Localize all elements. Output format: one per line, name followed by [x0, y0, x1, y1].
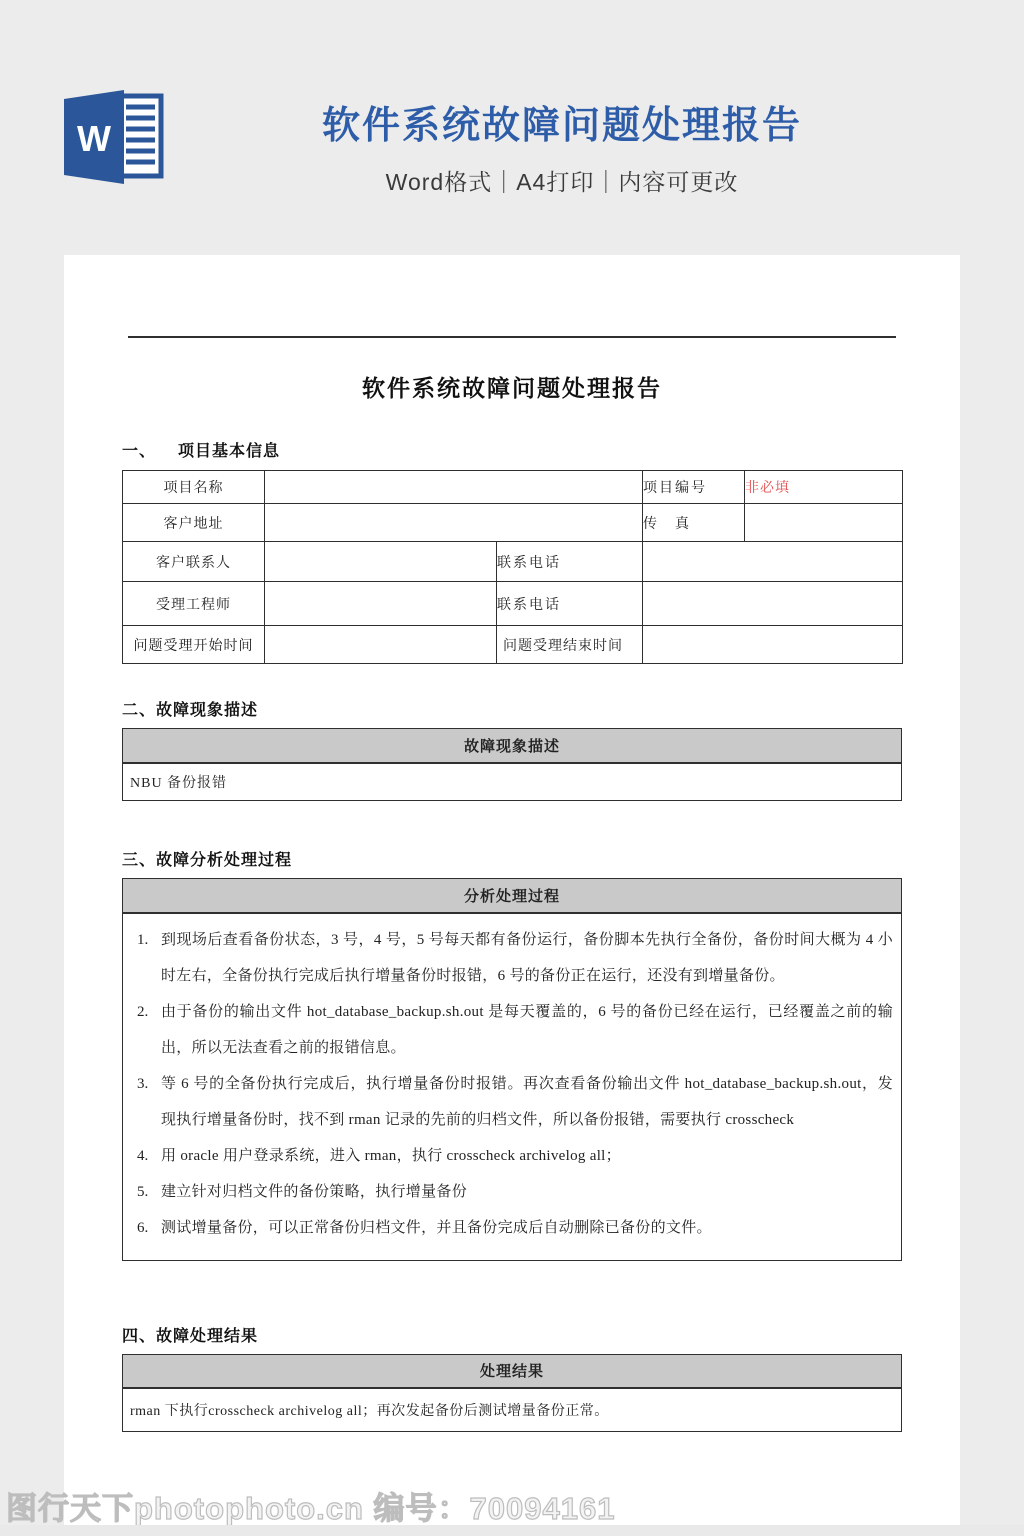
watermark-text: 图行天下photophoto.cn 编号：70094161 [6, 1483, 615, 1528]
table-header-row: 分析处理过程 [123, 879, 902, 913]
fault-description-header: 故障现象描述 [123, 729, 902, 763]
analysis-process-content: 1. 到现场后查看备份状态，3 号，4 号，5 号每天都有备份运行，备份脚本先执… [123, 913, 902, 1261]
project-info-table: 项目名称 项目编号 非必填 客户地址 传 真 客户联系人 联系电话 [122, 470, 903, 664]
bottom-strip [0, 1525, 1024, 1536]
label-project-no: 项目编号 [643, 471, 745, 504]
field-customer-contact [265, 542, 497, 582]
analysis-process-header: 分析处理过程 [123, 879, 902, 913]
field-engineer-phone [643, 582, 903, 626]
step-text: 由于备份的输出文件 hot_database_backup.sh.out 是每天… [161, 994, 893, 1066]
analysis-process-table: 分析处理过程 1. 到现场后查看备份状态，3 号，4 号，5 号每天都有备份运行… [122, 878, 902, 1261]
section1-title: 项目基本信息 [178, 443, 280, 460]
section1-number: 一、 [122, 438, 178, 461]
step-number: 5. [131, 1174, 161, 1210]
table-row: 客户联系人 联系电话 [123, 542, 903, 582]
table-row: rman 下执行crosscheck archivelog all；再次发起备份… [123, 1388, 902, 1431]
document-title: 软件系统故障问题处理报告 [122, 370, 902, 403]
analysis-step-5: 5. 建立针对归档文件的备份策略，执行增量备份 [131, 1174, 893, 1210]
step-number: 4. [131, 1138, 161, 1174]
step-text: 用 oracle 用户登录系统，进入 rman，执行 crosscheck ar… [161, 1138, 893, 1174]
step-number: 2. [131, 994, 161, 1066]
table-row: 项目名称 项目编号 非必填 [123, 471, 903, 504]
label-customer-address: 客户地址 [123, 504, 265, 542]
table-row: 受理工程师 联系电话 [123, 582, 903, 626]
field-end-time [643, 626, 903, 664]
step-number: 6. [131, 1210, 161, 1246]
field-customer-address [265, 504, 643, 542]
fault-description-content: NBU 备份报错 [123, 763, 902, 801]
field-project-name [265, 471, 643, 504]
analysis-step-1: 1. 到现场后查看备份状态，3 号，4 号，5 号每天都有备份运行，备份脚本先执… [131, 922, 893, 994]
field-start-time [265, 626, 497, 664]
label-start-time: 问题受理开始时间 [123, 626, 265, 664]
step-text: 测试增量备份，可以正常备份归档文件，并且备份完成后自动删除已备份的文件。 [161, 1210, 893, 1246]
top-rule-line [128, 255, 896, 338]
field-fax [745, 504, 903, 542]
value-project-no-optional: 非必填 [745, 471, 903, 504]
analysis-step-4: 4. 用 oracle 用户登录系统，进入 rman，执行 crosscheck… [131, 1138, 893, 1174]
analysis-steps-list: 1. 到现场后查看备份状态，3 号，4 号，5 号每天都有备份运行，备份脚本先执… [131, 922, 893, 1246]
step-text: 等 6 号的全备份执行完成后，执行增量备份时报错。再次查看备份输出文件 hot_… [161, 1066, 893, 1138]
field-engineer [265, 582, 497, 626]
label-engineer-phone: 联系电话 [497, 582, 643, 626]
banner-subtitle: Word格式｜A4打印｜内容可更改 [100, 164, 1024, 197]
step-text: 建立针对归档文件的备份策略，执行增量备份 [161, 1174, 893, 1210]
step-number: 3. [131, 1066, 161, 1138]
label-engineer: 受理工程师 [123, 582, 265, 626]
label-end-time: 问题受理结束时间 [497, 626, 643, 664]
section4-heading: 四、故障处理结果 [122, 1323, 902, 1346]
label-contact-phone: 联系电话 [497, 542, 643, 582]
step-number: 1. [131, 922, 161, 994]
field-contact-phone [643, 542, 903, 582]
template-preview-screen: W 软件系统故障问题处理报告 Word格式｜A4打印｜内容可更改 软件系统故障问… [0, 0, 1024, 1536]
analysis-step-3: 3. 等 6 号的全备份执行完成后，执行增量备份时报错。再次查看备份输出文件 h… [131, 1066, 893, 1138]
section2-heading: 二、故障现象描述 [122, 697, 902, 720]
banner-text: 软件系统故障问题处理报告 Word格式｜A4打印｜内容可更改 [100, 94, 1024, 197]
label-fax: 传 真 [643, 504, 745, 542]
result-header: 处理结果 [123, 1354, 902, 1388]
table-header-row: 故障现象描述 [123, 729, 902, 763]
table-row: 1. 到现场后查看备份状态，3 号，4 号，5 号每天都有备份运行，备份脚本先执… [123, 913, 902, 1261]
label-customer-contact: 客户联系人 [123, 542, 265, 582]
banner: W 软件系统故障问题处理报告 Word格式｜A4打印｜内容可更改 [0, 0, 1024, 255]
table-row: 问题受理开始时间 问题受理结束时间 [123, 626, 903, 664]
fault-description-table: 故障现象描述 NBU 备份报错 [122, 728, 902, 801]
section1-heading: 一、项目基本信息 [122, 438, 902, 461]
table-row: NBU 备份报错 [123, 763, 902, 801]
section3-heading: 三、故障分析处理过程 [122, 847, 902, 870]
document-page: 软件系统故障问题处理报告 一、项目基本信息 项目名称 项目编号 非必填 客户地址… [64, 255, 960, 1525]
label-project-name: 项目名称 [123, 471, 265, 504]
analysis-step-6: 6. 测试增量备份，可以正常备份归档文件，并且备份完成后自动删除已备份的文件。 [131, 1210, 893, 1246]
table-header-row: 处理结果 [123, 1354, 902, 1388]
step-text: 到现场后查看备份状态，3 号，4 号，5 号每天都有备份运行，备份脚本先执行全备… [161, 922, 893, 994]
analysis-step-2: 2. 由于备份的输出文件 hot_database_backup.sh.out … [131, 994, 893, 1066]
result-table: 处理结果 rman 下执行crosscheck archivelog all；再… [122, 1354, 902, 1432]
banner-title: 软件系统故障问题处理报告 [100, 94, 1024, 149]
result-content: rman 下执行crosscheck archivelog all；再次发起备份… [123, 1388, 902, 1431]
table-row: 客户地址 传 真 [123, 504, 903, 542]
